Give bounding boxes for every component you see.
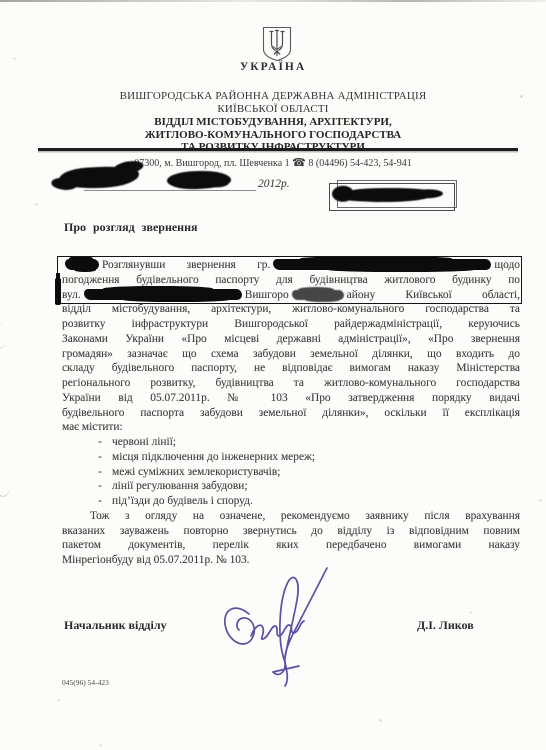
body-line: будівельного паспорта забудови земельної… [62, 406, 520, 421]
body-line: регіонального розвитку, будівництва та ж… [62, 376, 520, 391]
scan-margin-mark [0, 465, 12, 498]
scan-margin-mark [0, 321, 12, 351]
text-segment: вул. [62, 289, 81, 301]
text-segment: розвитку інфраструктури Вишгородської ра… [62, 318, 520, 330]
list-dash: - [98, 450, 112, 465]
text-segment: регіонального розвитку, будівництва та ж… [62, 377, 520, 389]
footer-reference-number: 045(96) 54-423 [62, 678, 109, 687]
list-item-text: червоні лінії; [112, 436, 176, 448]
document-page: УКРАЇНА ВИШГОРОДСЬКА РАЙОННА ДЕРЖАВНА АД… [0, 0, 546, 750]
date-year: 2012р. [258, 178, 290, 190]
text-segment: вказаних зауважень повторно звернутись д… [62, 525, 520, 537]
handwritten-signature [215, 562, 335, 690]
list-dash: - [98, 479, 112, 494]
body-line: Тож з огляду на означене, рекомендуємо з… [62, 509, 520, 524]
text-segment: щодо [494, 259, 520, 271]
list-item-text: межі суміжних землекористувачів; [112, 466, 280, 478]
closing-paragraph: Тож з огляду на означене, рекомендуємо з… [62, 509, 520, 568]
text-segment: відділ містобудування, архітектури, житл… [62, 303, 520, 315]
country-name: УКРАЇНА [0, 61, 546, 73]
redaction-mark [273, 259, 491, 270]
text-segment: айону Київської області, [347, 289, 520, 301]
date-underline [84, 190, 256, 191]
list-item: -межі суміжних землекористувачів; [62, 465, 520, 480]
administration-name-line1: ВИШГОРОДСЬКА РАЙОННА ДЕРЖАВНА АДМІНІСТРА… [0, 90, 546, 102]
requirements-list: -червоні лінії;-місця підключення до інж… [62, 435, 520, 509]
body-line: має містити: [62, 420, 520, 435]
text-segment: Вишгоро [245, 289, 289, 301]
list-item: -під’їзди до будівель і споруд. [62, 494, 520, 509]
list-dash: - [98, 465, 112, 480]
body-line: вул.Вишгороайону Київської області, [62, 288, 520, 303]
body-line: Розглянувши звернення гр.щодо [62, 258, 520, 273]
text-segment: Розглянувши звернення гр. [102, 259, 270, 271]
text-segment: будівельного паспорта забудови земельної… [62, 407, 520, 419]
text-segment: має містити: [62, 421, 123, 433]
body-line: складу будівельного паспорту, не відпові… [62, 361, 520, 376]
text-segment: Законами України «Про місцеві державні а… [62, 333, 520, 345]
scan-dust-specks [0, 0, 1, 1]
list-item: -червоні лінії; [62, 435, 520, 450]
letterhead-rule [38, 148, 518, 151]
list-item-text: місця підключення до інженерних мереж; [112, 451, 315, 463]
ukraine-trident-emblem [262, 26, 292, 62]
body-paragraph-1: Розглянувши звернення гр.щодопогодження … [62, 258, 520, 435]
body-line: Законами України «Про місцеві державні а… [62, 332, 520, 347]
body-line: України від 05.07.2011р. № 103 «Про затв… [62, 391, 520, 406]
position-title: Начальник відділу [64, 618, 167, 633]
body-line: відділ містобудування, архітектури, житл… [62, 302, 520, 317]
redaction-mark [84, 289, 242, 300]
text-segment: пакетом документів, перелік яких передба… [62, 539, 520, 551]
list-dash: - [98, 435, 112, 450]
address-text: 07300, м. Вишгород, пл. Шевченка 1 [134, 158, 289, 169]
smudge-redaction [292, 290, 344, 300]
phone-numbers: 8 (04496) 54-423, 54-941 [308, 158, 411, 169]
department-name-line2: ЖИТЛОВО-КОМУНАЛЬНОГО ГОСПОДАРСТВА [0, 129, 546, 141]
body-line: вказаних зауважень повторно звернутись д… [62, 524, 520, 539]
department-name-line1: ВІДДІЛ МІСТОБУДУВАННЯ, АРХІТЕКТУРИ, [0, 116, 546, 128]
text-segment: погодження будівельного паспорту для буд… [62, 274, 520, 286]
text-segment: громадян» зазначає що схема забудови зем… [62, 348, 520, 360]
administration-name-line2: КИЇВСЬКОЇ ОБЛАСТІ [0, 103, 546, 115]
body-line: розвитку інфраструктури Вишгородської ра… [62, 317, 520, 332]
redaction-mark [65, 259, 99, 270]
body-line: пакетом документів, перелік яких передба… [62, 538, 520, 553]
body-line: громадян» зазначає що схема забудови зем… [62, 347, 520, 362]
subject-line: Про розгляд звернення [64, 220, 198, 235]
scan-edge-artifact [0, 0, 546, 2]
list-item-text: лінії регулювання забудови; [112, 480, 248, 492]
letter-body: Розглянувши звернення гр.щодопогодження … [62, 258, 520, 568]
text-segment: України від 05.07.2011р. № 103 «Про затв… [62, 392, 520, 404]
signee-name: Д.І. Ликов [417, 618, 474, 633]
redaction-mark-date [167, 170, 232, 190]
text-segment: Тож з огляду на означене, рекомендуємо з… [90, 510, 520, 522]
list-dash: - [98, 494, 112, 509]
department-name-line3: ТА РОЗВИТКУ ІНФРАСТРУКТУРИ [0, 141, 546, 153]
list-item: -місця підключення до інженерних мереж; [62, 450, 520, 465]
list-item: -лінії регулювання забудови; [62, 479, 520, 494]
text-segment: складу будівельного паспорту, не відпові… [62, 362, 520, 374]
list-item-text: під’їзди до будівель і споруд. [112, 495, 253, 507]
phone-icon: ☎ [292, 157, 306, 169]
